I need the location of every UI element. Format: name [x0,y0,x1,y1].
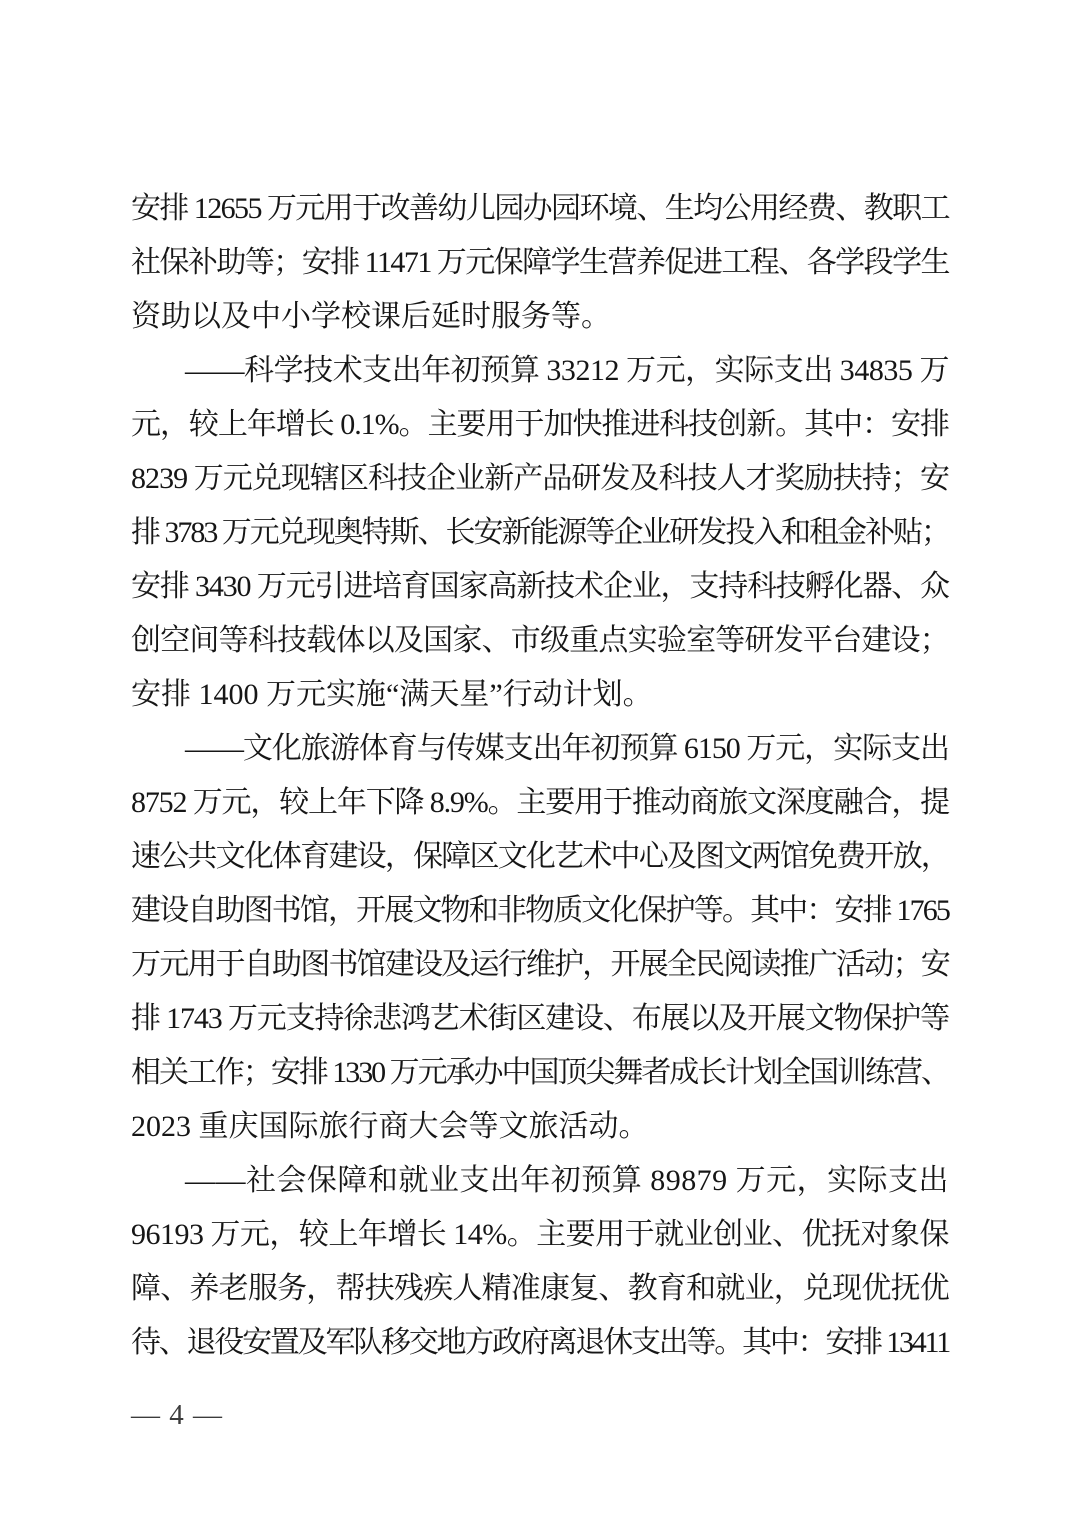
text-line-content: 障、养老服务，帮扶残疾人精准康复、教育和就业，兑现优抚优 [131,1272,949,1305]
text-line: 8752 万元，较上年下降 8.9%。主要用于推动商旅文深度融合，提 [131,776,949,830]
text-line: 障、养老服务，帮扶残疾人精准康复、教育和就业，兑现优抚优 [131,1262,949,1316]
text-line: 排 3783 万元兑现奥特斯、长安新能源等企业研发投入和租金补贴； [131,506,949,560]
text-line-content: 安排 3430 万元引进培育国家高新技术企业，支持科技孵化器、众 [131,570,949,603]
text-line: 相关工作；安排 1330 万元承办中国顶尖舞者成长计划全国训练营、 [131,1046,949,1100]
page-number: — 4 — [131,1396,223,1434]
text-line: 元，较上年增长 0.1%。主要用于加快推进科技创新。其中：安排 [131,398,949,452]
text-line: ——科学技术支出年初预算 33212 万元，实际支出 34835 万 [131,344,949,398]
text-line-content: 元，较上年增长 0.1%。主要用于加快推进科技创新。其中：安排 [131,408,949,441]
document-page: 安排 12655 万元用于改善幼儿园办园环境、生均公用经费、教职工社保补助等；安… [0,0,1074,1520]
text-line: 资助以及中小学校课后延时服务等。 [131,290,949,344]
text-line-content: 待、退役安置及军队移交地方政府离退休支出等。其中：安排 13411 [131,1326,949,1359]
text-line-content: 96193 万元，较上年增长 14%。主要用于就业创业、优抚对象保 [131,1218,949,1251]
text-line: 安排 3430 万元引进培育国家高新技术企业，支持科技孵化器、众 [131,560,949,614]
text-line: 安排 1400 万元实施“满天星”行动计划。 [131,668,949,722]
text-line-content: 排 1743 万元支持徐悲鸿艺术街区建设、布展以及开展文物保护等 [131,1002,949,1035]
text-line: 8239 万元兑现辖区科技企业新产品研发及科技人才奖励扶持；安 [131,452,949,506]
text-line: 96193 万元，较上年增长 14%。主要用于就业创业、优抚对象保 [131,1208,949,1262]
text-line: 万元用于自助图书馆建设及运行维护，开展全民阅读推广活动；安 [131,938,949,992]
text-line-content: ——科学技术支出年初预算 33212 万元，实际支出 34835 万 [185,354,949,387]
text-line: 排 1743 万元支持徐悲鸿艺术街区建设、布展以及开展文物保护等 [131,992,949,1046]
page-number-text: — 4 — [131,1399,223,1431]
text-line: ——文化旅游体育与传媒支出年初预算 6150 万元，实际支出 [131,722,949,776]
text-line: 安排 12655 万元用于改善幼儿园办园环境、生均公用经费、教职工 [131,182,949,236]
text-line: 待、退役安置及军队移交地方政府离退休支出等。其中：安排 13411 [131,1316,949,1370]
text-line-content: ——文化旅游体育与传媒支出年初预算 6150 万元，实际支出 [185,732,949,765]
text-line: 建设自助图书馆，开展文物和非物质文化保护等。其中：安排 1765 [131,884,949,938]
text-line-content: 建设自助图书馆，开展文物和非物质文化保护等。其中：安排 1765 [131,894,949,927]
text-line-content: 安排 1400 万元实施“满天星”行动计划。 [131,678,653,711]
text-line-content: 8752 万元，较上年下降 8.9%。主要用于推动商旅文深度融合，提 [131,786,949,819]
text-line-content: 排 3783 万元兑现奥特斯、长安新能源等企业研发投入和租金补贴； [131,516,949,549]
text-line: 社保补助等；安排 11471 万元保障学生营养促进工程、各学段学生 [131,236,949,290]
text-line-content: 资助以及中小学校课后延时服务等。 [131,300,611,333]
text-block: 安排 12655 万元用于改善幼儿园办园环境、生均公用经费、教职工社保补助等；安… [131,182,949,1370]
text-line-content: 万元用于自助图书馆建设及运行维护，开展全民阅读推广活动；安 [131,948,949,981]
text-line-content: 安排 12655 万元用于改善幼儿园办园环境、生均公用经费、教职工 [131,192,949,225]
text-line-content: ——社会保障和就业支出年初预算 89879 万元，实际支出 [185,1164,949,1197]
text-line: 2023 重庆国际旅行商大会等文旅活动。 [131,1100,949,1154]
text-line-content: 速公共文化体育建设，保障区文化艺术中心及图文两馆免费开放， [131,840,949,873]
text-line: 速公共文化体育建设，保障区文化艺术中心及图文两馆免费开放， [131,830,949,884]
text-line-content: 社保补助等；安排 11471 万元保障学生营养促进工程、各学段学生 [131,246,949,279]
text-line: ——社会保障和就业支出年初预算 89879 万元，实际支出 [131,1154,949,1208]
text-line-content: 2023 重庆国际旅行商大会等文旅活动。 [131,1110,649,1143]
text-line-content: 相关工作；安排 1330 万元承办中国顶尖舞者成长计划全国训练营、 [131,1056,949,1089]
text-line-content: 8239 万元兑现辖区科技企业新产品研发及科技人才奖励扶持；安 [131,462,949,495]
text-line-content: 创空间等科技载体以及国家、市级重点实验室等研发平台建设； [131,624,949,657]
text-line: 创空间等科技载体以及国家、市级重点实验室等研发平台建设； [131,614,949,668]
